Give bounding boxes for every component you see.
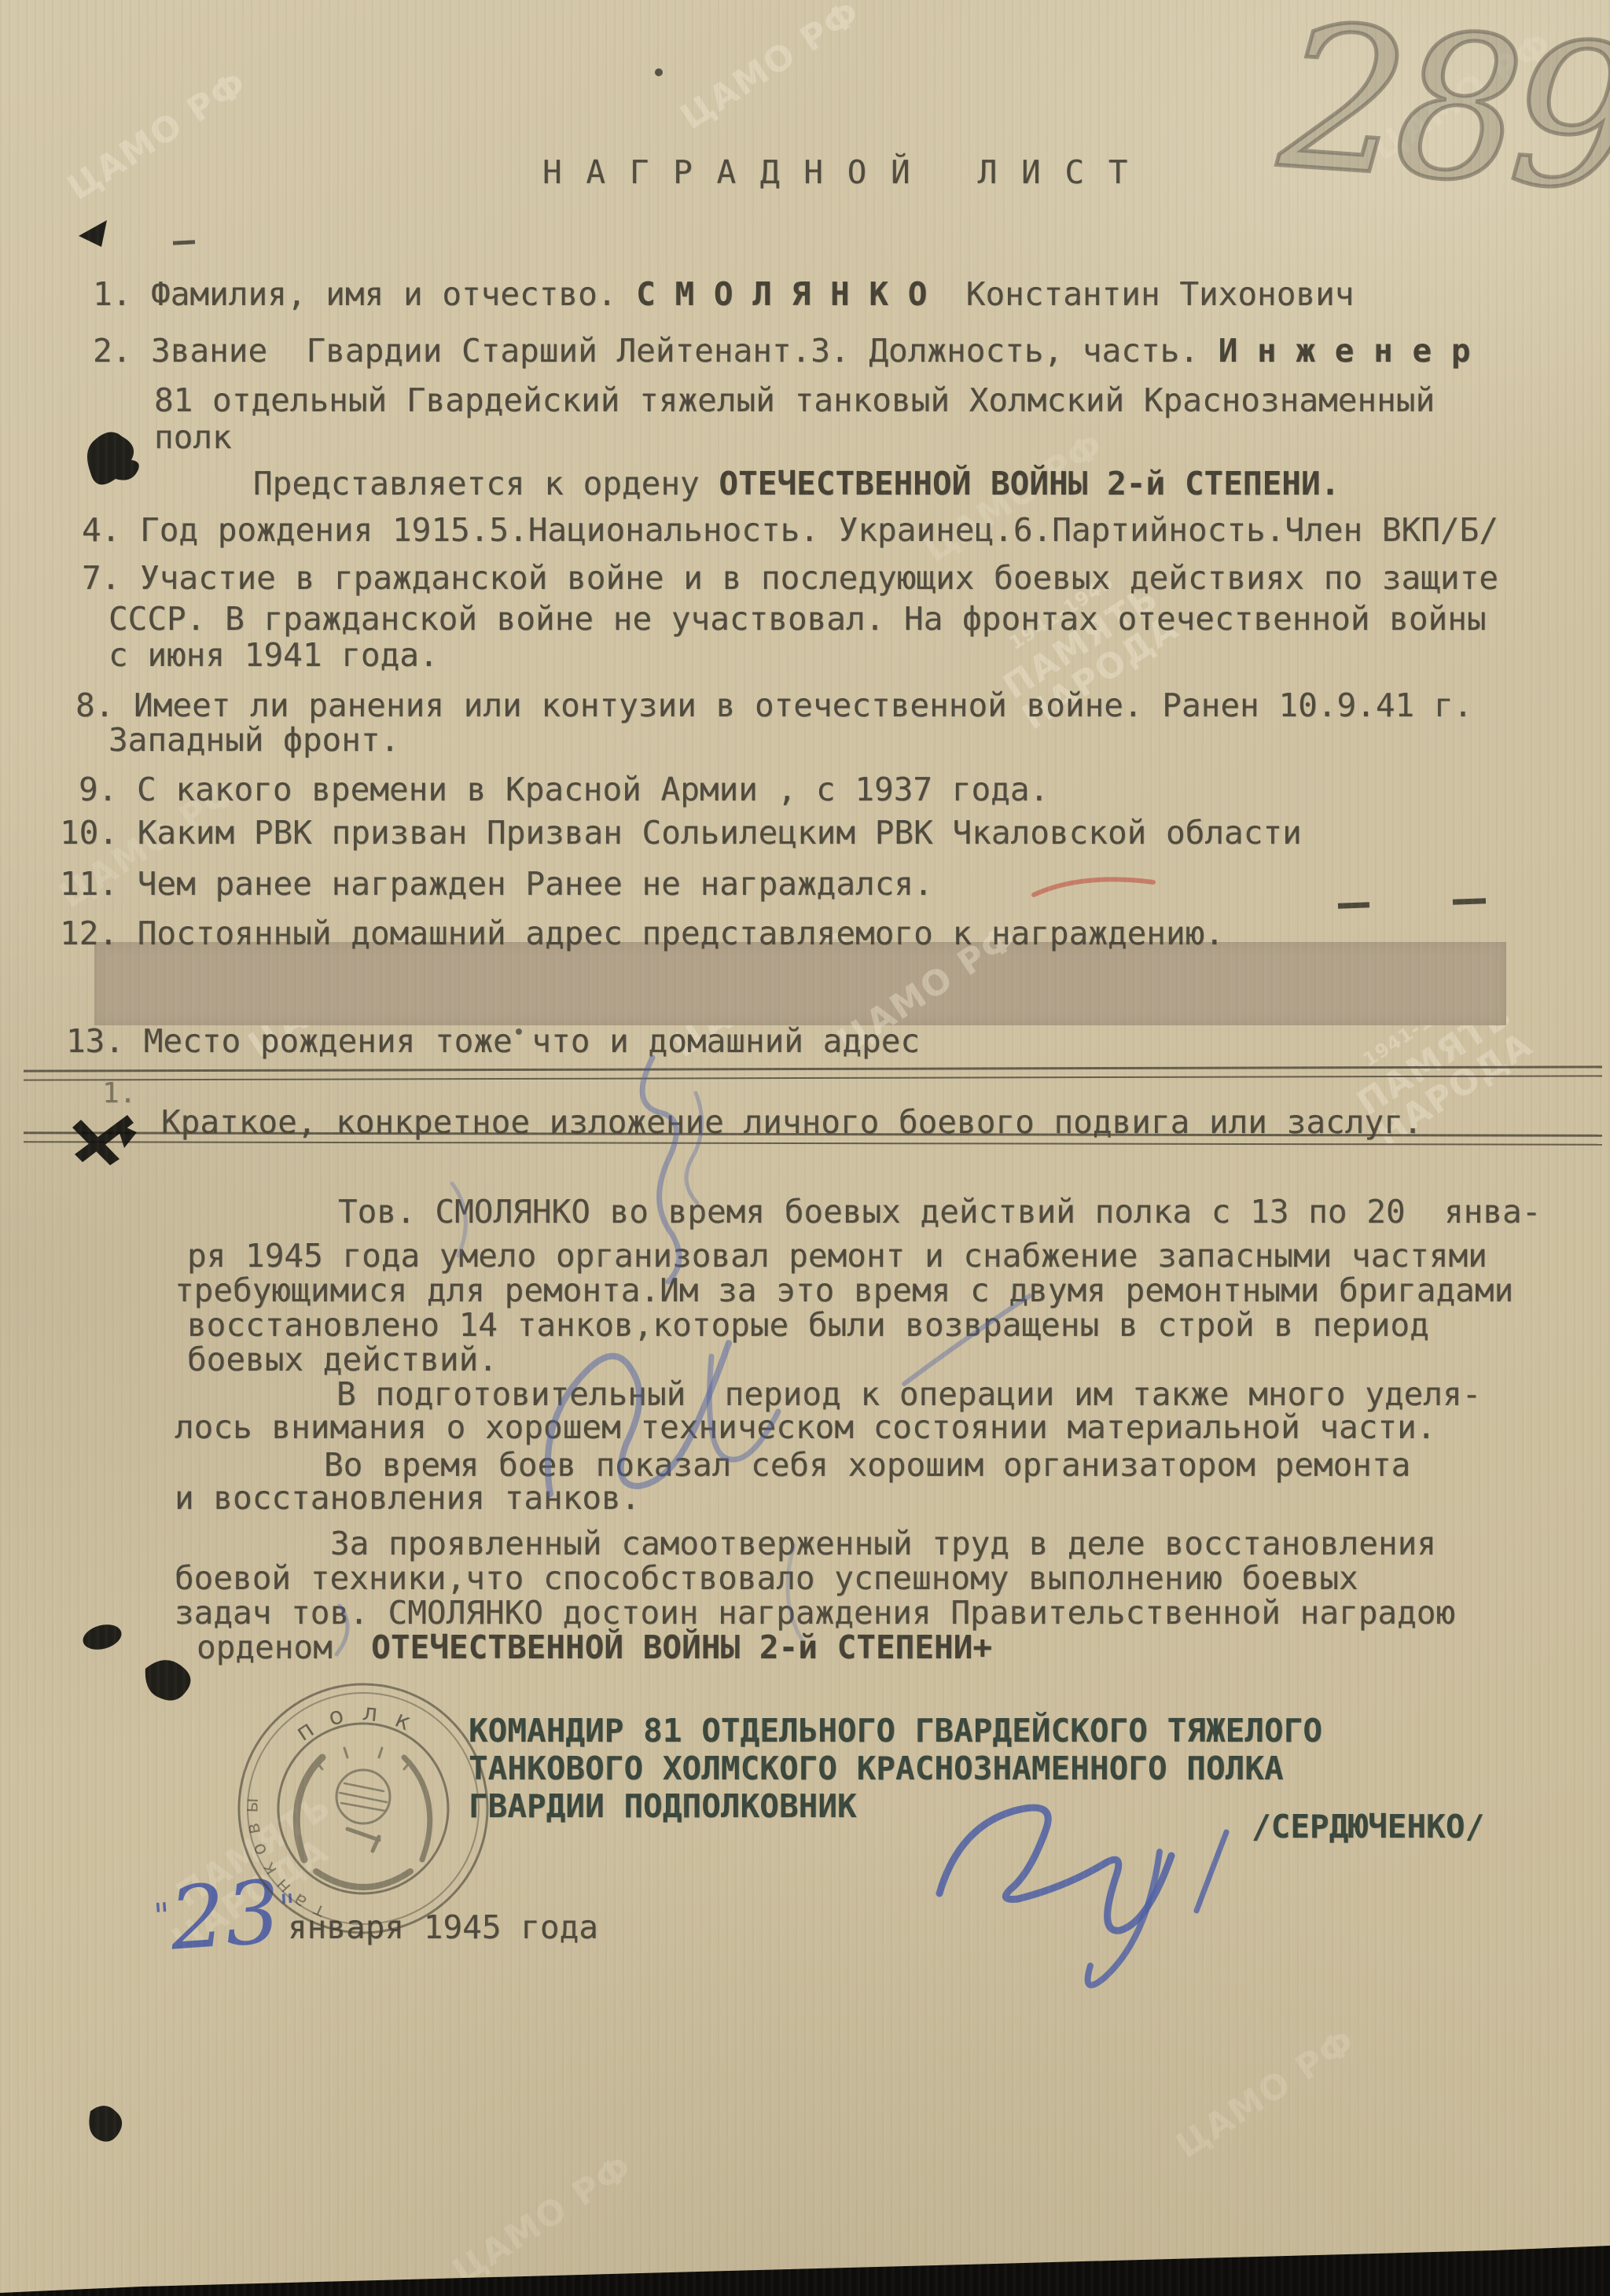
ink-blobs-layer [0,0,1610,2296]
award-sheet-document: ЦАМО РФ ЦАМО РФ ЦАМО РФ ЦАМО РФ ЦАМО РФ … [0,0,1610,2296]
